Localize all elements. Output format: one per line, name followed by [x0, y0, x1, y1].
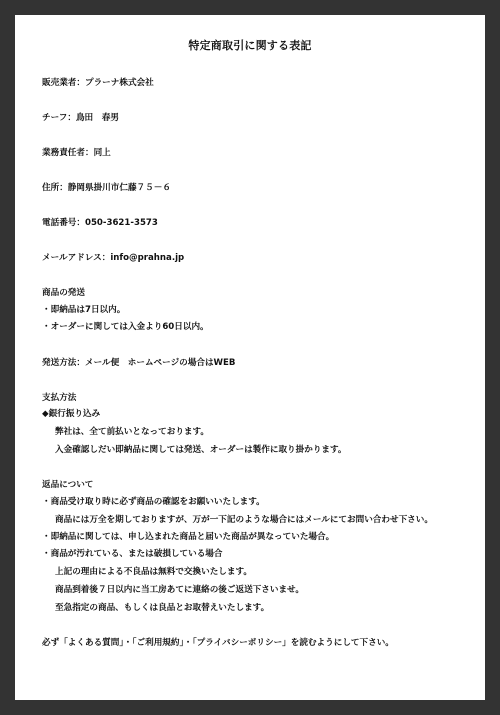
returns-line: 至急指定の商品、もしくは良品とお取替えいたします。 — [55, 602, 269, 614]
document-page: 特定商取引に関する表記 販売業者：プラーナ株式会社 チーフ：鳥田 春男 業務責任… — [15, 15, 485, 700]
email-field: メールアドレス：info@prahna.jp — [42, 252, 184, 264]
footer-note: 必ず「よくある質問」・「ご利用規約」・「プライバシーポリシー」を読むようにして下… — [42, 637, 394, 649]
seller-field: 販売業者：プラーナ株式会社 — [42, 77, 154, 89]
manager-field: 業務責任者：同上 — [42, 147, 111, 159]
chief-field: チーフ：鳥田 春男 — [42, 112, 119, 124]
payment-heading: 支払方法 — [42, 392, 76, 404]
returns-line: ・商品受け取り時に必ず商品の確認をお願いいたします。 — [42, 496, 265, 508]
returns-line: 商品到着後７日以内に当工房あてに連絡の後ご返送下さいませ。 — [55, 584, 304, 596]
address-field: 住所：静岡県掛川市仁藤７５－６ — [42, 182, 171, 194]
phone-field: 電話番号：050-3621-3573 — [42, 217, 158, 229]
payment-subheading: ◆銀行振り込み — [42, 408, 100, 420]
shipping-item: ・オーダーに関しては入金より60日以内。 — [42, 321, 209, 333]
returns-line: 上記の理由による不良品は無料で交換いたします。 — [55, 566, 252, 578]
returns-line: ・即納品に関しては、申し込まれた商品と届いた商品が異なっていた場合。 — [42, 531, 334, 543]
returns-line: 商品には万全を期しておりますが、万が一下記のような場合にはメールにてお問い合わせ… — [55, 514, 433, 526]
payment-line: 弊社は、全て前払いとなっております。 — [55, 426, 209, 438]
shipping-method: 発送方法：メール便 ホームページの場合はWEB — [42, 357, 235, 369]
shipping-item: ・即納品は7日以内。 — [42, 304, 125, 316]
shipping-heading: 商品の発送 — [42, 287, 85, 299]
page-title: 特定商取引に関する表記 — [15, 37, 485, 53]
returns-heading: 返品について — [42, 479, 93, 491]
payment-line: 入金確認しだい即納品に関しては発送、オーダーは製作に取り掛かります。 — [55, 444, 347, 456]
returns-line: ・商品が汚れている、または破損している場合 — [42, 548, 222, 560]
